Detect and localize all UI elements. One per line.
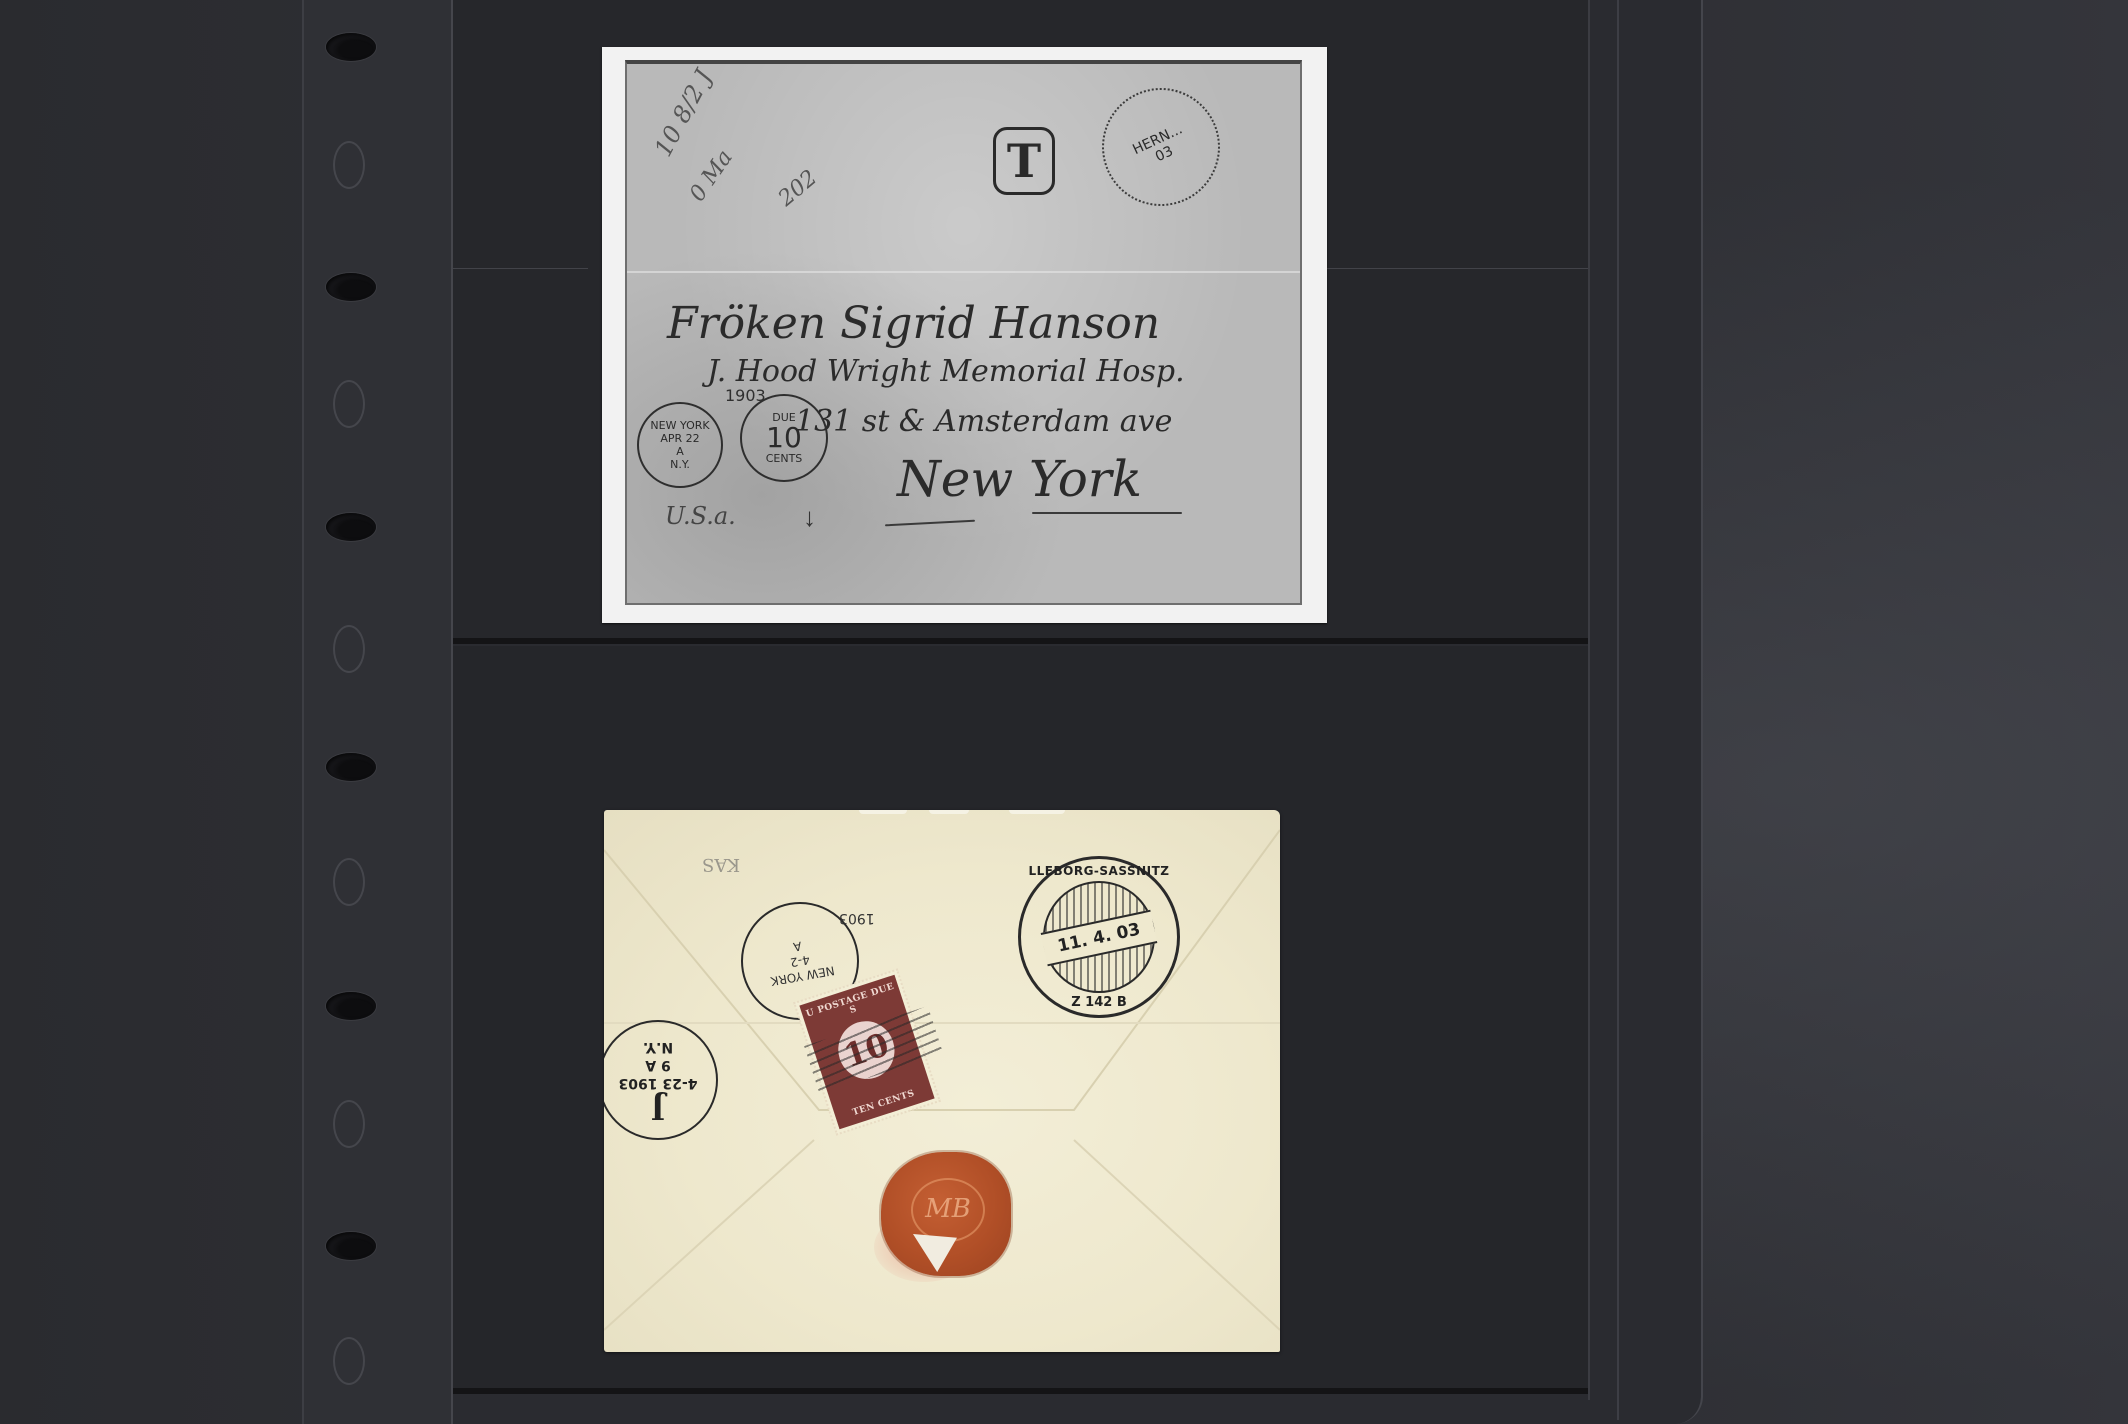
origin-postmark: HERN... 03 <box>1083 69 1240 226</box>
postmark-time: A <box>792 938 803 954</box>
postage-due-handstamp: DUE 10 CENTS <box>740 394 828 482</box>
sleeve-edge <box>1617 0 1619 1420</box>
photo-print: 10 8/2 J 0 Ma 202 T HERN... 03 Fröken Si… <box>625 60 1302 605</box>
binder-ring-hole <box>326 992 376 1020</box>
pocket-crease <box>1327 268 1588 269</box>
postmark-train: Z 142 B <box>1021 995 1177 1011</box>
postmark-date: APR 22 <box>660 432 699 445</box>
underline-stroke <box>1032 512 1182 514</box>
binder-ring-hole <box>326 753 376 781</box>
address-line-3: 131 st & Amsterdam ave <box>795 404 1172 439</box>
carrier-state: N.Y. <box>643 1038 673 1056</box>
wax-seal: MB <box>881 1152 1011 1276</box>
binder-ring-hole <box>326 513 376 541</box>
binder-ring-hole <box>326 1232 376 1260</box>
trelleborg-sassnitz-postmark: 11. 4. 03 LLEBORG-SASSNITZ Z 142 B <box>1018 856 1180 1018</box>
postmark-state: N.Y. <box>670 458 690 471</box>
arrow-mark: ↓ <box>803 502 816 533</box>
address-line-1: Fröken Sigrid Hanson <box>667 298 1160 349</box>
pocket-divider-bottom <box>453 1388 1588 1394</box>
new-york-postmark: NEW YORK APR 22 A N.Y. <box>637 402 723 488</box>
sleeve-seam <box>1588 0 1590 1400</box>
postmark-time: A <box>676 445 684 458</box>
binder-ring-hole <box>326 273 376 301</box>
torn-edge <box>859 810 907 814</box>
envelope-front-photo[interactable]: 10 8/2 J 0 Ma 202 T HERN... 03 Fröken Si… <box>602 47 1327 623</box>
tax-mark-t: T <box>993 127 1055 195</box>
binder-punch-outline <box>333 1100 365 1148</box>
seal-monogram: MB <box>911 1178 985 1242</box>
due-amount: 10 <box>766 424 802 452</box>
torn-edge <box>1009 810 1065 814</box>
carrier-date: 4-23 1903 <box>619 1074 698 1092</box>
pocket-crease <box>453 268 588 269</box>
underline-stroke <box>885 520 975 527</box>
envelope-fold <box>627 271 1300 273</box>
handwritten-usa: U.S.a. <box>665 502 736 530</box>
carrier-time: 9 A <box>645 1056 670 1074</box>
address-line-4: New York <box>897 450 1142 508</box>
seal-chip <box>913 1234 957 1272</box>
binder-punch-outline <box>333 141 365 189</box>
due-unit: CENTS <box>766 452 803 465</box>
address-line-2: J. Hood Wright Memorial Hosp. <box>707 354 1185 389</box>
binder-punch-outline <box>333 380 365 428</box>
postmark-city: NEW YORK <box>650 419 709 432</box>
binder-punch-outline <box>333 1337 365 1385</box>
album-page: 10 8/2 J 0 Ma 202 T HERN... 03 Fröken Si… <box>0 0 2128 1424</box>
year-handstamp: 1903 <box>839 910 875 926</box>
pencil-note: 202 <box>774 165 822 211</box>
pencil-note: 10 8/2 J <box>649 65 718 161</box>
pencil-note: KAS <box>702 854 740 875</box>
binder-punch-outline <box>333 858 365 906</box>
postmark-route: LLEBORG-SASSNITZ <box>1021 863 1177 879</box>
carrier-letter: J <box>651 1092 665 1122</box>
binder-ring-hole <box>326 33 376 61</box>
pocket-divider <box>453 638 1588 644</box>
torn-edge <box>929 810 969 814</box>
pencil-note: 0 Ma <box>685 146 738 207</box>
binder-punch-outline <box>333 625 365 673</box>
binder-strip <box>302 0 453 1424</box>
envelope-back[interactable]: KAS J 4-23 1903 9 A N.Y. NEW YORK 4-2 A … <box>604 810 1280 1352</box>
